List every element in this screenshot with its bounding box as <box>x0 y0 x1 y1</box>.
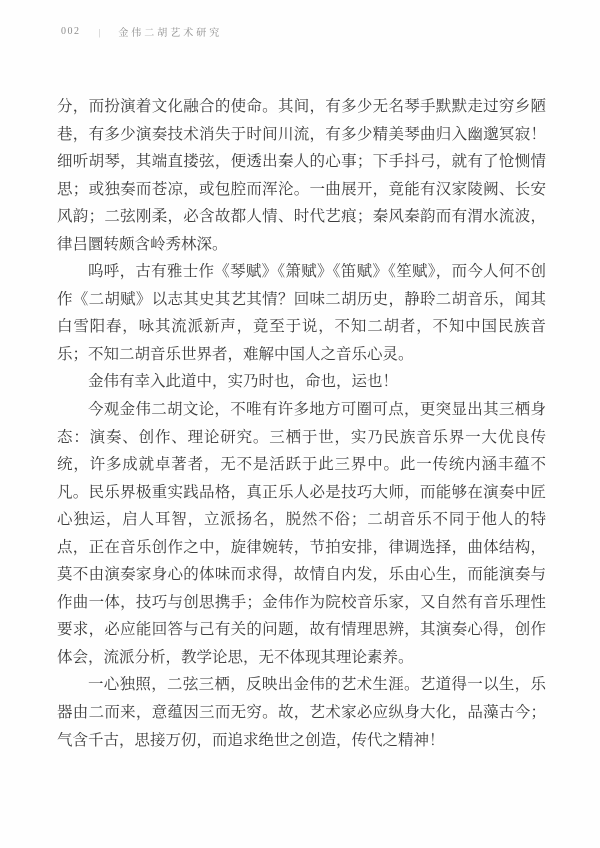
paragraph-fortune: 金伟有幸入此道中，实乃时也，命也，运也！ <box>57 368 546 396</box>
paragraph-ode-rhapsodies: 呜呼，古有雅士作《琴赋》《箫赋》《笛赋》《笙赋》，而今人何不创作《二胡赋》以志其… <box>57 258 546 368</box>
paragraph-three-roles: 今观金伟二胡文论，不唯有许多地方可圈可点，更突显出其三栖身态：演奏、创作、理论研… <box>57 396 546 671</box>
paragraph-conclusion: 一心独照，二弦三栖，反映出金伟的艺术生涯。艺道得一以生，乐器由二而来，意蕴因三而… <box>57 671 546 754</box>
running-header: 002 | 金伟二胡艺术研究 <box>61 24 222 39</box>
paragraph-continuation: 分，而扮演着文化融合的使命。其间，有多少无名琴手默默走过穷乡陋巷，有多少演奏技术… <box>57 93 546 258</box>
book-page: 002 | 金伟二胡艺术研究 分，而扮演着文化融合的使命。其间，有多少无名琴手默… <box>0 0 600 848</box>
header-divider: | <box>99 26 101 37</box>
page-number: 002 <box>61 26 81 37</box>
body-text-block: 分，而扮演着文化融合的使命。其间，有多少无名琴手默默走过穷乡陋巷，有多少演奏技术… <box>57 93 546 754</box>
book-title: 金伟二胡艺术研究 <box>118 24 222 39</box>
